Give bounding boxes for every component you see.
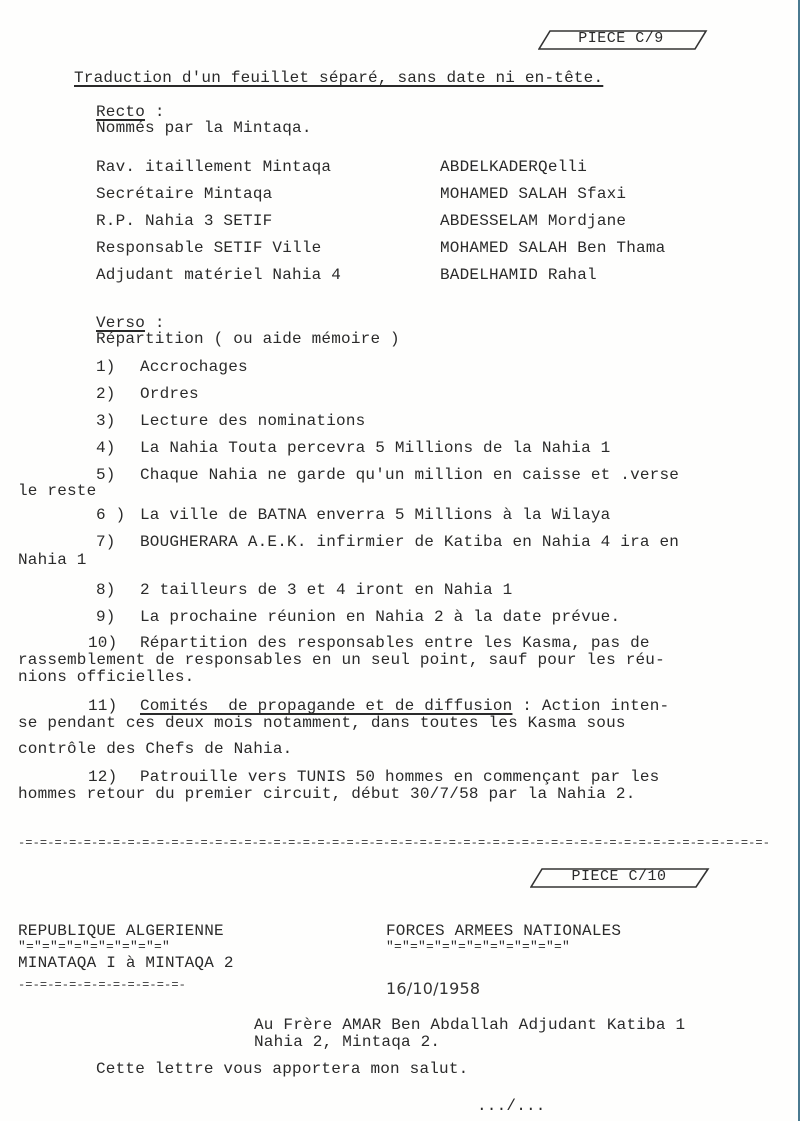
- document-title: Traduction d'un feuillet séparé, sans da…: [74, 69, 603, 87]
- section-divider: -=-=-=-=-=-=-=-=-=-=-=-=-=-=-=-=-=-=-=-=…: [18, 834, 770, 852]
- agenda-text: Répartition des responsables entre les K…: [140, 634, 650, 652]
- appointment-name: BADELHAMID Rahal: [440, 266, 597, 284]
- piece-label-top: PIECE C/9: [538, 29, 688, 49]
- piece-label-text: PIECE C/10: [544, 868, 694, 886]
- agenda-number: 12): [88, 768, 117, 786]
- agenda-text-continued: le reste: [18, 482, 96, 500]
- piece-label-text: PIECE C/9: [546, 30, 696, 48]
- agenda-text: BOUGHERARA A.E.K. infirmier de Katiba en…: [140, 533, 679, 551]
- agenda-text-continued: contrôle des Chefs de Nahia.: [18, 740, 292, 758]
- appointment-role: R.P. Nahia 3 SETIF: [96, 212, 272, 230]
- agenda-number: 1): [96, 358, 116, 376]
- agenda-text: Patrouille vers TUNIS 50 hommes en comme…: [140, 768, 659, 786]
- letter-date: 16/10/1958: [386, 980, 480, 998]
- agenda-text: Chaque Nahia ne garde qu'un million en c…: [140, 466, 679, 484]
- letterhead-mintaqa: MINATAQA I à MINTAQA 2: [18, 954, 234, 972]
- agenda-number: 8): [96, 581, 116, 599]
- piece-label-bottom: PIECE C/10: [530, 867, 680, 887]
- letter-body: Cette lettre vous apportera mon salut.: [96, 1060, 468, 1078]
- agenda-text-continued: nions officielles.: [18, 668, 194, 686]
- recto-subtitle: Nommés par la Mintaqa.: [96, 119, 312, 137]
- agenda-number: 5): [96, 466, 116, 484]
- agenda-number: 7): [96, 533, 116, 551]
- letterhead-ornament: "="="="="="="="="="="=": [386, 938, 570, 956]
- agenda-text: Accrochages: [140, 358, 248, 376]
- agenda-text-continued: se pendant ces deux mois notamment, dans…: [18, 714, 626, 732]
- verso-subtitle: Répartition ( ou aide mémoire ): [96, 330, 400, 348]
- agenda-number: 9): [96, 608, 116, 626]
- agenda-text-continued: rassemblement de responsables en un seul…: [18, 651, 665, 669]
- appointment-role: Responsable SETIF Ville: [96, 239, 321, 257]
- appointment-name: MOHAMED SALAH Sfaxi: [440, 185, 626, 203]
- agenda-text-continued: Nahia 1: [18, 551, 87, 569]
- agenda-number: 6 ): [96, 506, 125, 524]
- appointment-role: Secrétaire Mintaqa: [96, 185, 272, 203]
- scanned-page: PIECE C/9 Traduction d'un feuillet sépar…: [0, 0, 798, 1121]
- appointment-name: MOHAMED SALAH Ben Thama: [440, 239, 665, 257]
- agenda-text-continued: hommes retour du premier circuit, début …: [18, 785, 636, 803]
- agenda-text-underlined: Comités de propagande et de diffusion: [140, 697, 512, 715]
- agenda-number: 3): [96, 412, 116, 430]
- agenda-text: Ordres: [140, 385, 199, 403]
- agenda-text: La Nahia Touta percevra 5 Millions de la…: [140, 439, 610, 457]
- letterhead-divider: -=-=-=-=-=-=-=-=-=-=-=-: [18, 976, 186, 994]
- appointment-name: ABDELKADERQelli: [440, 158, 587, 176]
- agenda-text: Lecture des nominations: [140, 412, 365, 430]
- letter-addressee: Au Frère AMAR Ben Abdallah Adjudant Kati…: [254, 1016, 685, 1034]
- agenda-text: Comités de propagande et de diffusion : …: [140, 697, 669, 715]
- appointment-name: ABDESSELAM Mordjane: [440, 212, 626, 230]
- appointment-role: Adjudant matériel Nahia 4: [96, 266, 341, 284]
- letter-addressee-location: Nahia 2, Mintaqa 2.: [254, 1033, 440, 1051]
- agenda-number: 11): [88, 697, 117, 715]
- agenda-number: 2): [96, 385, 116, 403]
- agenda-text: La prochaine réunion en Nahia 2 à la dat…: [140, 608, 620, 626]
- appointment-role: Rav. itaillement Mintaqa: [96, 158, 331, 176]
- agenda-text: 2 tailleurs de 3 et 4 iront en Nahia 1: [140, 581, 512, 599]
- agenda-text: La ville de BATNA enverra 5 Millions à l…: [140, 506, 610, 524]
- agenda-text-rest: : Action inten-: [512, 697, 669, 715]
- continuation-marker: .../...: [477, 1097, 546, 1115]
- agenda-number: 4): [96, 439, 116, 457]
- agenda-number: 10): [88, 634, 117, 652]
